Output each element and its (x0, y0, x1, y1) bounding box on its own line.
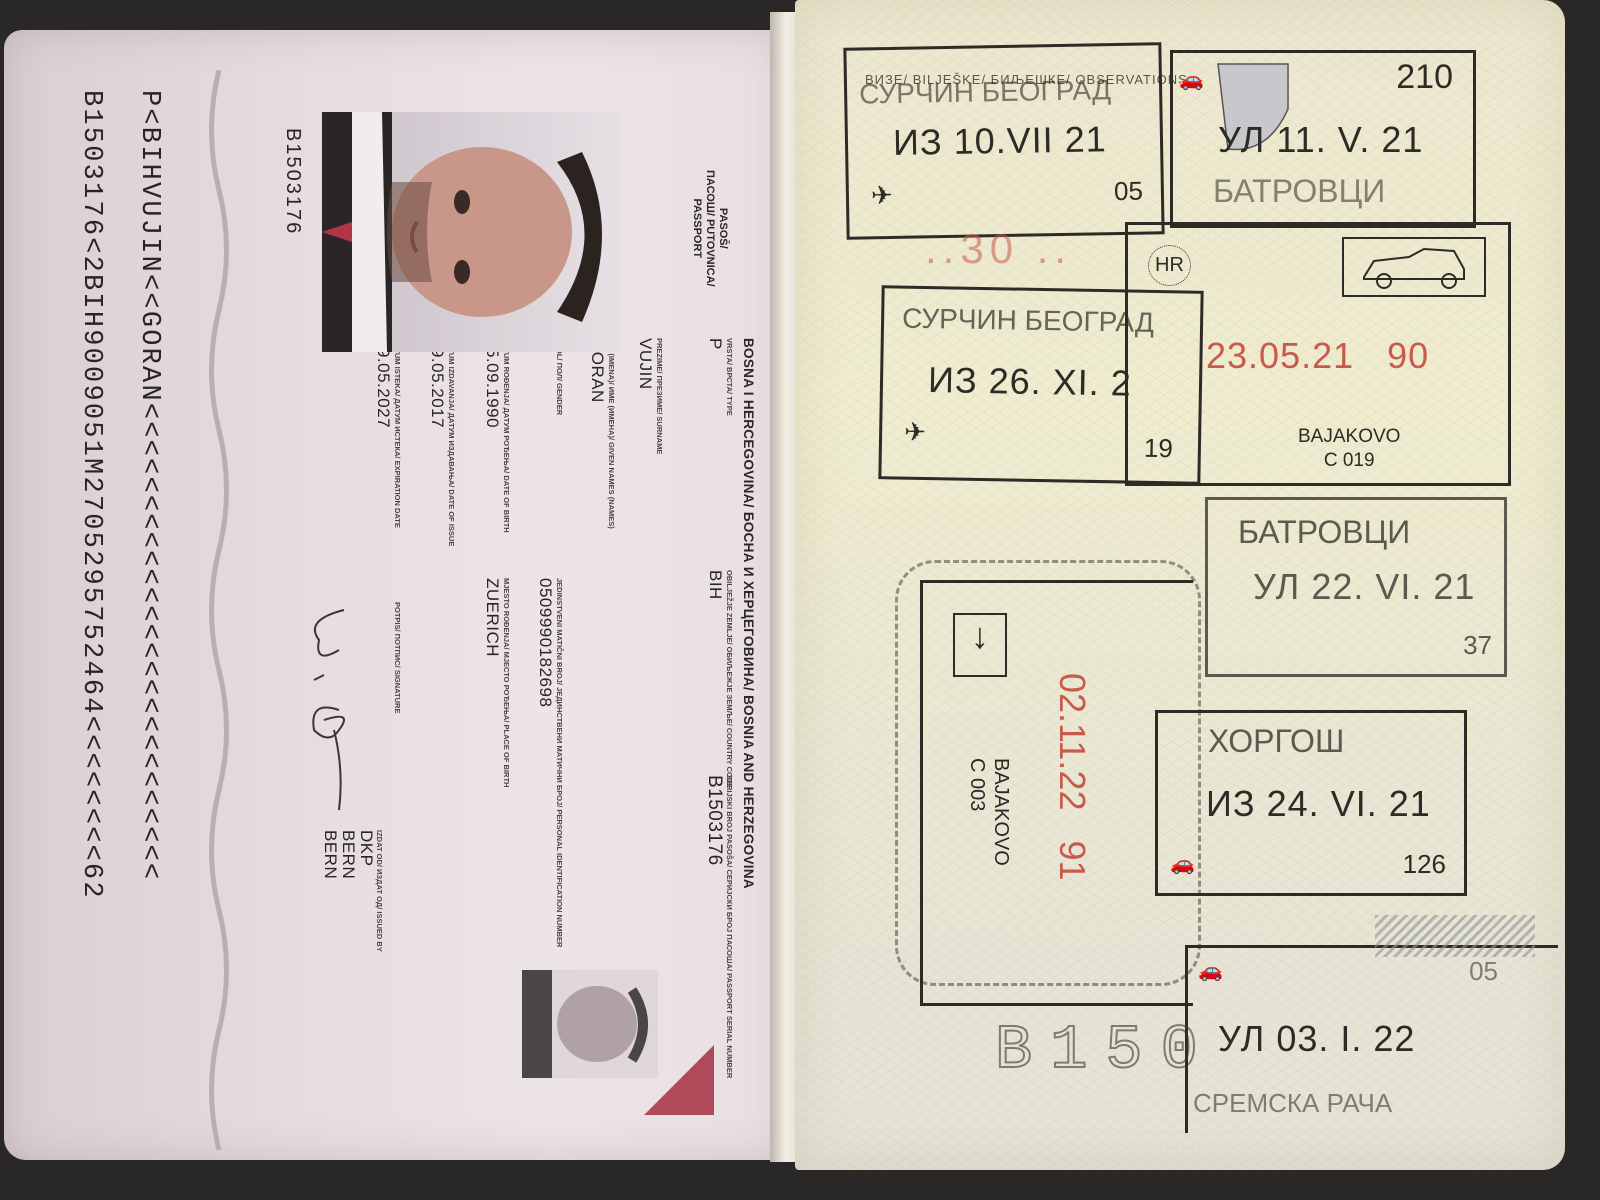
eu-country-badge: HR (1148, 245, 1191, 286)
car-icon: 🚗 (1170, 851, 1195, 876)
stamp-sremska-raca-entry: 🚗 05 УЛ 03. I. 22 СРЕМСКА РАЧА (1185, 945, 1558, 1133)
stamp-horgos-exit: ХОРГОШ ИЗ 24. VI. 21 🚗 126 (1155, 710, 1467, 896)
mrz-line-2: B1503176<2BIH9009051M2705295752464<<<<<<… (76, 90, 106, 900)
field-type: VRSTA/ ВРСТА/ TYPE P (705, 338, 734, 416)
passport-data-page: P<BIHVUJIN<<GORAN<<<<<<<<<<<<<<<<<<<<<<<… (4, 30, 786, 1160)
car-icon (1342, 237, 1486, 297)
stamp-batrovci-entry-2: БАТРОВЦИ УЛ 22. VI. 21 37 (1205, 497, 1507, 677)
stamp-faded-red: ..30 .. (925, 225, 1072, 273)
signature-image (284, 580, 364, 820)
stamp-bajakovo-2: ↓ 02.11.22 91 BAJAKOVO C 003 (920, 580, 1193, 1006)
document-title: PASOŠ/ ПАСОШ/ PUTOVNICA/ PASSPORT (690, 170, 729, 287)
car-icon: 🚗 (1179, 67, 1204, 92)
airplane-icon: ✈ (904, 417, 926, 448)
mrz-line-1: P<BIHVUJIN<<GORAN<<<<<<<<<<<<<<<<<<<<<<<… (134, 90, 164, 881)
photo-serial-number: B1503176 (281, 128, 304, 235)
field-personal-id: JEDINSTVENI MATIČNI BROJ/ ЈЕДИНСТВЕНИ МА… (535, 578, 564, 947)
security-wave-decoration (199, 70, 239, 1150)
hatched-mark (1375, 915, 1535, 957)
perforated-passport-number: B150 (995, 1015, 1216, 1086)
stamp-surcin-exit-2: СУРЧИН БЕОГРАД ИЗ 26. XI. 2 ✈ 19 (878, 285, 1203, 485)
field-date-of-birth: DATUM ROĐENJA/ ДАТУМ РОЂЕЊА/ DATE OF BIR… (482, 338, 511, 533)
field-given-names: IME (IMENA)/ ИМЕ (ИМЕНА)/ GIVEN NAMES (N… (587, 338, 616, 529)
stamp-batrovci-entry-1: 🚗 210 УЛ 11. V. 21 БАТРОВЦИ (1170, 50, 1476, 228)
passport-visa-page: ВИЗЕ/ BILJEŠKE/ БИЉЕШКЕ/ OBSERVATIONS СУ… (795, 0, 1565, 1170)
field-expiration-date: DATUM ISTEKA/ ДАТУМ ИСТЕКА/ EXPIRATION D… (373, 338, 402, 528)
arrow-icon: ↓ (953, 613, 1007, 677)
security-triangle (644, 1045, 714, 1115)
field-place-of-birth: MJESTO ROĐENJA/ МЈЕСТО РОЂЕЊА/ PLACE OF … (482, 578, 511, 787)
field-surname: PREZIME/ ПРЕЗИМЕ/ SURNAME VUJIN (635, 338, 664, 454)
stamp-surcin-exit-1: СУРЧИН БЕОГРАД ИЗ 10.VII 21 05 ✈ (843, 42, 1164, 240)
ghost-photo (522, 970, 658, 1078)
holder-photo (322, 112, 622, 352)
field-date-of-issue: DATUM IZDAVANJA/ ДАТУМ ИЗДАВАЊА/ DATE OF… (427, 338, 456, 546)
airplane-icon: ✈ (871, 180, 893, 211)
country-title: BOSNA I HERCEGOVINA/ БОСНА И ХЕРЦЕГОВИНА… (741, 338, 756, 889)
field-issued-by: IZDAT OD/ ИЗДАТ ОД/ ISSUED BY DKP BERN B… (321, 830, 384, 952)
field-country-code: OBILJEŽJE ZEMLJE/ ОБИЉЕЖЈЕ ЗЕМЉЕ/ COUNTR… (705, 570, 734, 788)
field-signature-label: POTPIS/ ПОТПИС/ SIGNATURE (393, 602, 402, 713)
field-passport-number: SERIJSKI BROJ PASOŠA/ СЕРИЈСКИ БРОЈ ПАСО… (703, 775, 734, 1078)
car-icon: 🚗 (1198, 958, 1223, 983)
